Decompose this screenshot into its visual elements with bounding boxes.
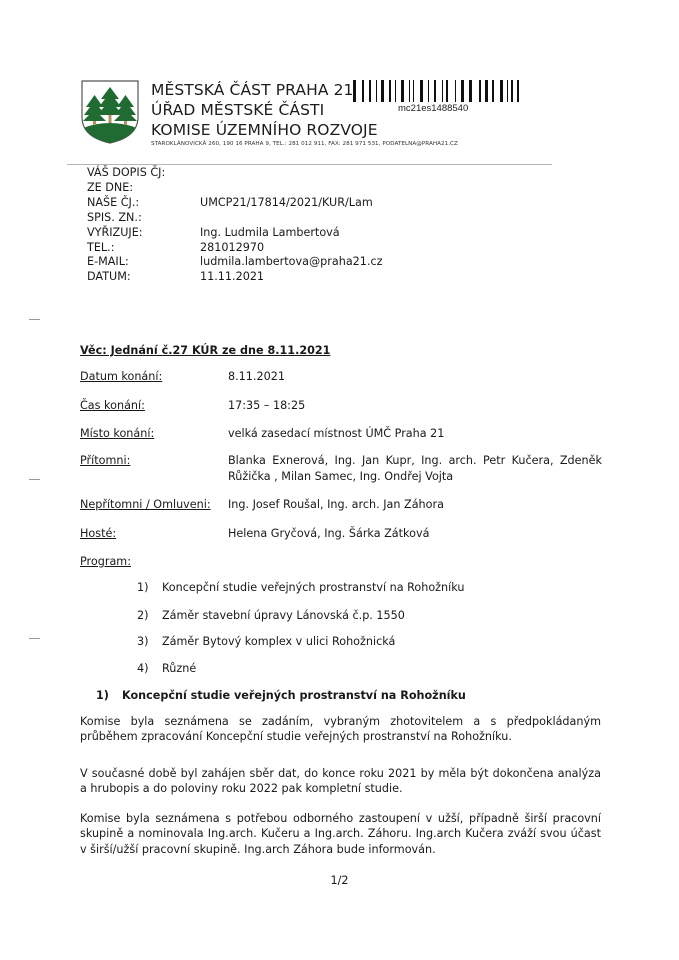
meeting-value — [228, 554, 602, 570]
info-row: E-MAIL:ludmila.lambertova@praha21.cz — [87, 255, 383, 270]
info-label: DATUM: — [87, 270, 200, 285]
info-row: ZE DNE: — [87, 181, 383, 196]
meeting-value: Ing. Josef Roušal, Ing. arch. Jan Záhora — [228, 497, 602, 513]
info-row: VÁŠ DOPIS ČJ: — [87, 166, 383, 181]
meeting-row: Hosté:Helena Gryčová, Ing. Šárka Zátková — [80, 526, 602, 542]
paragraph: Komise byla seznámena s potřebou odborné… — [80, 811, 601, 857]
program-text: Záměr Bytový komplex v ulici Rohožnická — [162, 635, 395, 648]
program-number: 1) — [137, 581, 162, 594]
meeting-label: Hosté: — [80, 526, 228, 542]
coat-of-arms-logo — [80, 79, 140, 145]
meeting-row: Nepřítomni / Omluveni:Ing. Josef Roušal,… — [80, 497, 602, 513]
meeting-value: Blanka Exnerová, Ing. Jan Kupr, Ing. arc… — [228, 453, 602, 484]
info-row: SPIS. ZN.: — [87, 211, 383, 226]
barcode-text: mc21es1488540 — [398, 103, 468, 114]
program-item: 4)Různé — [137, 662, 196, 675]
info-value: 11.11.2021 — [200, 270, 264, 285]
meeting-label: Čas konání: — [80, 398, 228, 414]
meeting-label: Přítomni: — [80, 453, 228, 484]
page-number: 1/2 — [0, 874, 679, 887]
info-value: 281012970 — [200, 241, 264, 256]
program-item: 1)Koncepční studie veřejných prostranstv… — [137, 581, 464, 594]
paragraph: Komise byla seznámena se zadáním, vybran… — [80, 714, 601, 745]
meeting-value: 17:35 – 18:25 — [228, 398, 602, 414]
program-text: Různé — [162, 662, 196, 675]
paragraph: V současné době byl zahájen sběr dat, do… — [80, 766, 601, 797]
subject: Věc: Jednání č.27 KÚR ze dne 8.11.2021 — [80, 344, 600, 357]
header-line-3: KOMISE ÚZEMNÍHO ROZVOJE — [151, 121, 378, 140]
program-item: 2)Záměr stavební úpravy Lánovská č.p. 15… — [137, 609, 405, 622]
program-item: 3)Záměr Bytový komplex v ulici Rohožnick… — [137, 635, 395, 648]
meeting-row: Přítomni:Blanka Exnerová, Ing. Jan Kupr,… — [80, 453, 602, 484]
info-row: TEL.:281012970 — [87, 241, 383, 256]
header-line-1: MĚSTSKÁ ČÁST PRAHA 21 — [151, 81, 354, 100]
info-row: DATUM:11.11.2021 — [87, 270, 383, 285]
info-value: Ing. Ludmila Lambertová — [200, 226, 340, 241]
info-label: SPIS. ZN.: — [87, 211, 200, 226]
info-label: TEL.: — [87, 241, 200, 256]
info-label: E-MAIL: — [87, 255, 200, 270]
meeting-value: 8.11.2021 — [228, 369, 602, 385]
meeting-row: Program: — [80, 554, 602, 570]
meeting-row: Čas konání:17:35 – 18:25 — [80, 398, 602, 414]
margin-mark — [29, 479, 40, 480]
info-value[interactable]: ludmila.lambertova@praha21.cz — [200, 255, 383, 270]
info-row: VYŘIZUJE:Ing. Ludmila Lambertová — [87, 226, 383, 241]
program-text: Záměr stavební úpravy Lánovská č.p. 1550 — [162, 609, 405, 622]
section-heading: 1) Koncepční studie veřejných prostranst… — [96, 689, 466, 702]
section-title: Koncepční studie veřejných prostranství … — [122, 689, 466, 702]
meeting-row: Datum konání:8.11.2021 — [80, 369, 602, 385]
meeting-label: Datum konání: — [80, 369, 228, 385]
reference-info: VÁŠ DOPIS ČJ:ZE DNE:NAŠE ČJ.:UMCP21/1781… — [87, 166, 383, 285]
meeting-row: Místo konání:velká zasedací místnost ÚMČ… — [80, 426, 602, 442]
header-divider — [67, 164, 552, 165]
info-value: UMCP21/17814/2021/KUR/Lam — [200, 196, 373, 211]
info-row: NAŠE ČJ.:UMCP21/17814/2021/KUR/Lam — [87, 196, 383, 211]
margin-mark — [29, 638, 40, 639]
barcode — [353, 80, 523, 102]
info-label: VÁŠ DOPIS ČJ: — [87, 166, 200, 181]
header-line-2: ÚŘAD MĚSTSKÉ ČÁSTI — [151, 101, 324, 120]
meeting-label: Nepřítomni / Omluveni: — [80, 497, 228, 513]
section-number: 1) — [96, 689, 122, 702]
margin-mark — [29, 319, 40, 320]
program-text: Koncepční studie veřejných prostranství … — [162, 581, 464, 594]
program-number: 3) — [137, 635, 162, 648]
program-number: 2) — [137, 609, 162, 622]
info-label: NAŠE ČJ.: — [87, 196, 200, 211]
info-label: ZE DNE: — [87, 181, 200, 196]
meeting-value: Helena Gryčová, Ing. Šárka Zátková — [228, 526, 602, 542]
header-address: STAROKLÁNOVICKÁ 260, 190 16 PRAHA 9, TEL… — [151, 141, 458, 147]
meeting-label: Program: — [80, 554, 228, 570]
program-number: 4) — [137, 662, 162, 675]
meeting-label: Místo konání: — [80, 426, 228, 442]
meeting-value: velká zasedací místnost ÚMČ Praha 21 — [228, 426, 602, 442]
info-label: VYŘIZUJE: — [87, 226, 200, 241]
